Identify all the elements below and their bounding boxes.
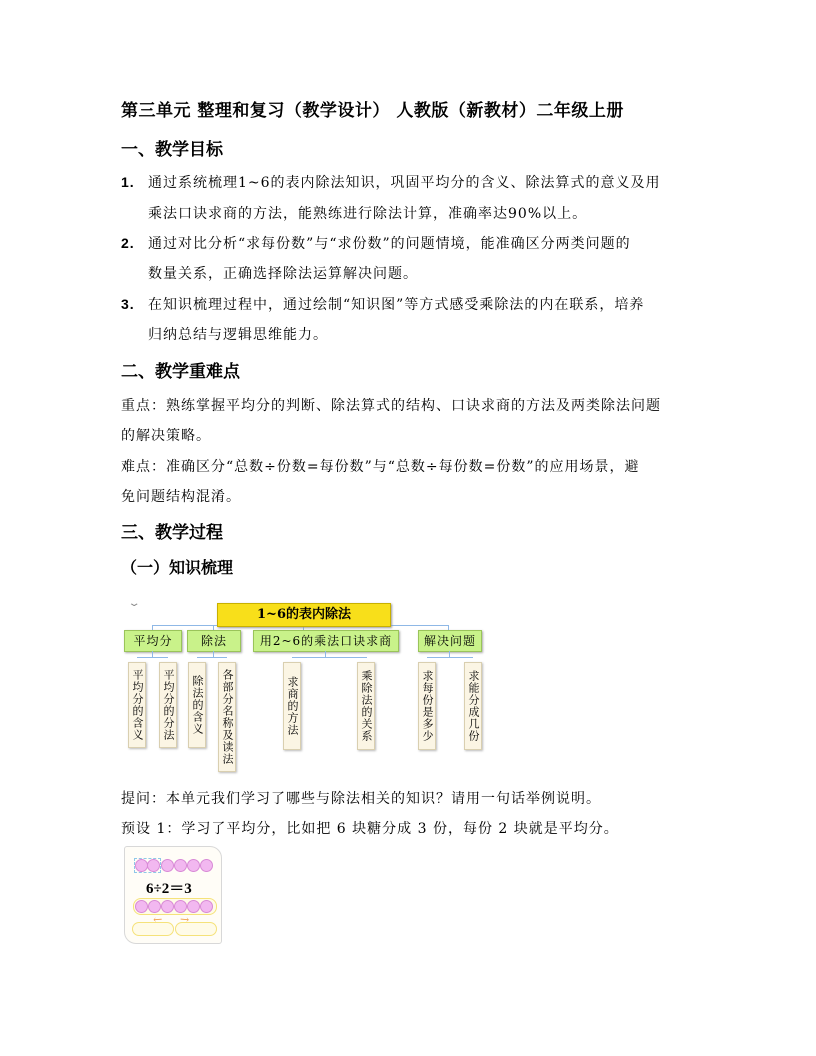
subheading-knowledge-review: （一）知识梳理 bbox=[121, 555, 233, 578]
mindmap-leaf[interactable]: 求商的方法 bbox=[283, 662, 301, 750]
mindmap-leaf[interactable]: 各部分名称及读法 bbox=[218, 662, 236, 772]
candy-dot bbox=[161, 859, 174, 872]
difficulty-line-1: 难点：准确区分“总数÷份数=每份数”与“总数÷每份数=份数”的应用场景，避 bbox=[121, 456, 640, 476]
candy-dot bbox=[161, 900, 174, 913]
candy-dot bbox=[187, 859, 200, 872]
mindmap-leaf[interactable]: 平均分的分法 bbox=[159, 662, 177, 748]
mindmap-branch-average[interactable]: 平均分 bbox=[124, 630, 182, 652]
connector bbox=[137, 657, 168, 658]
candy-dot bbox=[174, 900, 187, 913]
section-heading-process: 三、教学过程 bbox=[121, 518, 223, 543]
objective-1-line-1: 1.通过系统梳理1~6的表内除法知识，巩固平均分的含义、除法算式的意义及用 bbox=[121, 172, 661, 192]
connector bbox=[427, 657, 473, 658]
objective-text: 在知识梳理过程中，通过绘制“知识图”等方式感受乘除法的内在联系，培养 bbox=[148, 297, 644, 313]
chevron-down-icon[interactable]: ⌄ bbox=[127, 598, 140, 609]
document-title: 第三单元 整理和复习（教学设计） 人教版（新教材）二年级上册 bbox=[121, 96, 624, 121]
objective-1-line-2: 乘法口诀求商的方法，能熟练进行除法计算，准确率达90%以上。 bbox=[148, 203, 587, 223]
mindmap-leaf[interactable]: 求能分成几份 bbox=[464, 662, 482, 750]
mindmap-branch-division[interactable]: 除法 bbox=[187, 630, 241, 652]
objective-2-line-2: 数量关系，正确选择除法运算解决问题。 bbox=[148, 263, 418, 283]
candy-dot bbox=[200, 900, 213, 913]
objective-3-line-2: 归纳总结与逻辑思维能力。 bbox=[148, 324, 328, 344]
connector bbox=[197, 657, 227, 658]
candy-dot bbox=[187, 900, 200, 913]
mindmap-leaf[interactable]: 乘除法的关系 bbox=[357, 662, 375, 750]
empty-group bbox=[175, 922, 217, 936]
objective-number: 3. bbox=[121, 296, 148, 312]
mindmap-root[interactable]: 1~6的表内除法 bbox=[217, 603, 391, 627]
candy-dot bbox=[147, 859, 160, 872]
candy-dot bbox=[174, 859, 187, 872]
objective-text: 通过系统梳理1~6的表内除法知识，巩固平均分的含义、除法算式的意义及用 bbox=[148, 175, 661, 191]
empty-group bbox=[132, 922, 174, 936]
mindmap-branch-quotient[interactable]: 用2~6的乘法口诀求商 bbox=[253, 630, 399, 652]
objective-2-line-1: 2.通过对比分析“求每份数”与“求份数”的问题情境，能准确区分两类问题的 bbox=[121, 233, 631, 253]
section-heading-key-points: 二、教学重难点 bbox=[121, 357, 240, 382]
candy-dot bbox=[200, 859, 213, 872]
key-point-line-2: 的解决策略。 bbox=[121, 425, 211, 445]
objective-number: 1. bbox=[121, 174, 148, 190]
mindmap-branch-problems[interactable]: 解决问题 bbox=[418, 630, 482, 652]
division-equation: 6÷2＝3 bbox=[146, 877, 192, 898]
section-heading-objectives: 一、教学目标 bbox=[121, 135, 223, 160]
objective-3-line-1: 3.在知识梳理过程中，通过绘制“知识图”等方式感受乘除法的内在联系，培养 bbox=[121, 294, 644, 314]
candy-dot bbox=[148, 900, 161, 913]
objective-number: 2. bbox=[121, 235, 148, 251]
key-point-line-1: 重点：熟练掌握平均分的判断、除法算式的结构、口诀求商的方法及两类除法问题 bbox=[121, 395, 661, 415]
connector bbox=[292, 657, 367, 658]
question-text: 提问：本单元我们学习了哪些与除法相关的知识？请用一句话举例说明。 bbox=[121, 788, 601, 808]
candy-dot bbox=[135, 900, 148, 913]
mindmap-leaf[interactable]: 平均分的含义 bbox=[128, 662, 146, 748]
mindmap-leaf[interactable]: 除法的含义 bbox=[188, 662, 206, 748]
mindmap-leaf[interactable]: 求每份是多少 bbox=[418, 662, 436, 750]
objective-text: 通过对比分析“求每份数”与“求份数”的问题情境，能准确区分两类问题的 bbox=[148, 236, 631, 252]
preset-1-text: 预设 1：学习了平均分，比如把 6 块糖分成 3 份，每份 2 块就是平均分。 bbox=[121, 818, 619, 838]
difficulty-line-2: 免问题结构混淆。 bbox=[121, 486, 241, 506]
